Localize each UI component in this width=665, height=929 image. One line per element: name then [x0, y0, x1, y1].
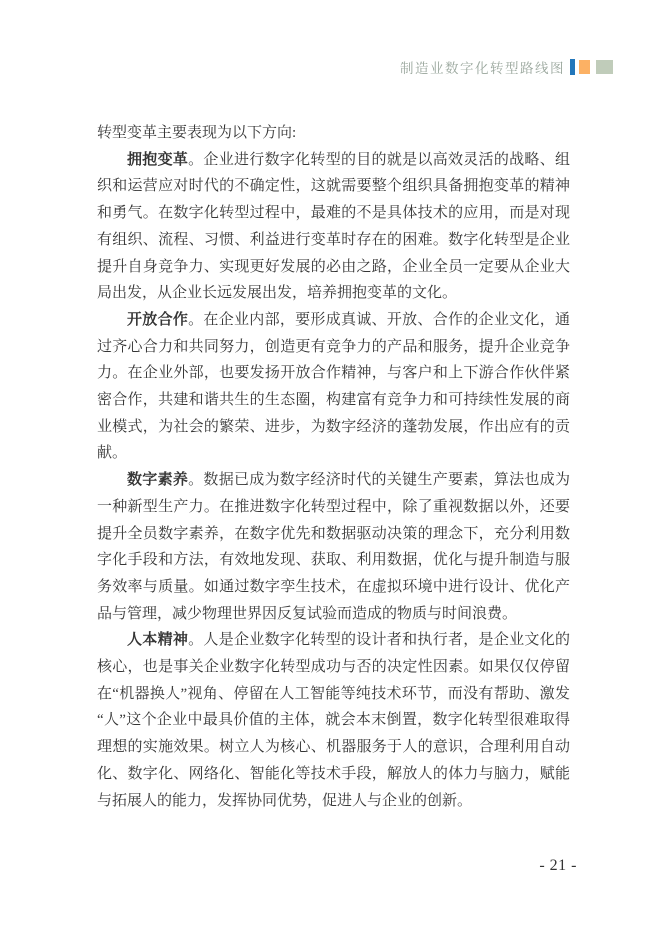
running-header-title: 制造业数字化转型路线图 [400, 57, 565, 77]
header-blue-mark-icon [570, 59, 575, 75]
running-header: 制造业数字化转型路线图 [400, 57, 613, 77]
paragraph-human-spirit: 人本精神。人是企业数字化转型的设计者和执行者，是企业文化的核心，也是事关企业数字… [97, 627, 570, 814]
page-number: - 21 - [539, 857, 577, 875]
paragraph-text: 。数据已成为数字经济时代的关键生产要素，算法也成为一种新型生产力。在推进数字化转… [97, 472, 570, 622]
paragraph-lead: 拥抱变革 [127, 152, 188, 168]
paragraph-text: 。在企业内部，要形成真诚、开放、合作的企业文化，通过齐心合力和共同努力，创造更有… [97, 312, 570, 462]
paragraph-embrace-change: 拥抱变革。企业进行数字化转型的目的就是以高效灵活的战略、组织和运营应对时代的不确… [97, 147, 570, 307]
header-green-mark-icon [596, 60, 613, 74]
body-text: 转型变革主要表现为以下方向: 拥抱变革。企业进行数字化转型的目的就是以高效灵活的… [97, 120, 570, 814]
paragraph-lead: 开放合作 [127, 312, 188, 328]
paragraph-text: 。企业进行数字化转型的目的就是以高效灵活的战略、组织和运营应对时代的不确定性，这… [97, 152, 570, 302]
paragraph-open-cooperation: 开放合作。在企业内部，要形成真诚、开放、合作的企业文化，通过齐心合力和共同努力，… [97, 307, 570, 467]
document-page: 制造业数字化转型路线图 转型变革主要表现为以下方向: 拥抱变革。企业进行数字化转… [0, 0, 665, 929]
header-orange-mark-icon [579, 60, 590, 74]
paragraph-digital-literacy: 数字素养。数据已成为数字经济时代的关键生产要素，算法也成为一种新型生产力。在推进… [97, 467, 570, 627]
intro-line: 转型变革主要表现为以下方向: [97, 120, 570, 147]
paragraph-lead: 人本精神 [127, 632, 188, 648]
paragraph-lead: 数字素养 [127, 472, 188, 488]
paragraph-text: 。人是企业数字化转型的设计者和执行者，是企业文化的核心，也是事关企业数字化转型成… [97, 632, 570, 808]
